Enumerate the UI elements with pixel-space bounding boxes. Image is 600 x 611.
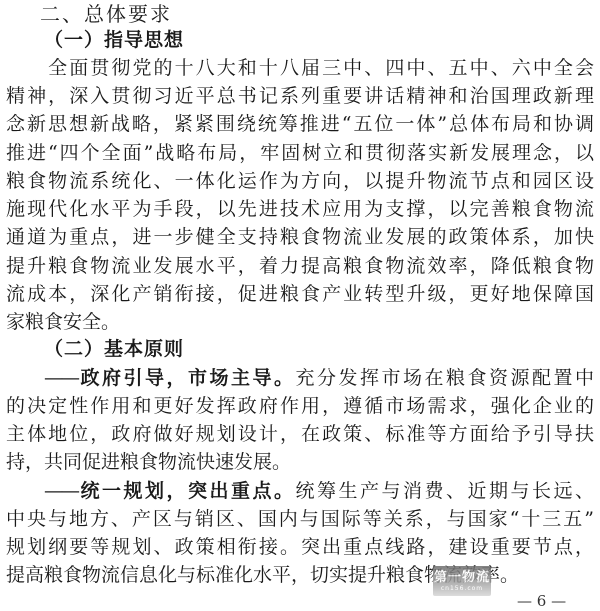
em-dash: ——	[44, 367, 78, 389]
subsection-heading-basic-principles: （二）基本原则	[44, 336, 184, 362]
paragraph-line: 提升粮食物流业发展水平，着力提高粮食物流效率，降低粮食物	[6, 254, 594, 278]
paragraph-line: 念新思想新战略，紧紧围绕统筹推进“五位一体”总体布局和协调	[6, 112, 594, 136]
watermark-subtitle: cn156.com	[441, 585, 483, 593]
document-page: 二、总体要求 （一）指导思想 全面贯彻党的十八大和十八届三中、四中、五中、六中全…	[0, 0, 600, 611]
paragraph-line: 推进“四个全面”战略布局，牢固树立和贯彻落实新发展理念，以	[6, 141, 594, 165]
principle-text: 统筹生产与消费、近期与长远、	[296, 480, 594, 502]
watermark-title: 第一物流	[434, 570, 490, 585]
section-title: 二、总体要求	[40, 1, 172, 27]
principle-first-line: ——统一规划，突出重点。统筹生产与消费、近期与长远、	[44, 479, 594, 503]
principle-title: 统一规划，突出重点。	[78, 480, 296, 502]
page-number: — 6 —	[517, 592, 566, 610]
paragraph-line: 主体地位，政府做好规划设计，在政策、标准等方面给予引导扶	[6, 422, 594, 446]
paragraph-line: 精神，深入贯彻习近平总书记系列重要讲话精神和治国理政新理	[6, 84, 594, 108]
subsection-heading-guiding-thought: （一）指导思想	[44, 27, 184, 53]
paragraph-line: 规划纲要等规划、政策相衔接。突出重点线路，建设重要节点，	[6, 535, 594, 559]
paragraph-line: 提高粮食物流信息化与标准化水平，切实提升粮食物流效率。	[6, 563, 594, 587]
paragraph-line: 通道为重点，进一步健全支持粮食物流业发展的政策体系，加快	[6, 225, 594, 249]
watermark-logo: 第一物流 cn156.com	[433, 566, 491, 596]
paragraph-line: 家粮食安全。	[6, 310, 594, 334]
principle-title: 政府引导，市场主导。	[78, 367, 296, 389]
principle-first-line: ——政府引导，市场主导。充分发挥市场在粮食资源配置中	[44, 366, 594, 390]
paragraph-line: 的决定性作用和更好发挥政府作用，遵循市场需求，强化企业的	[6, 394, 594, 418]
paragraph-line: 全面贯彻党的十八大和十八届三中、四中、五中、六中全会	[6, 56, 594, 80]
paragraph-line: 中央与地方、产区与销区、国内与国际等关系，与国家“十三五”	[6, 507, 594, 531]
principle-text: 充分发挥市场在粮食资源配置中	[296, 367, 594, 389]
paragraph-line: 施现代化水平为手段，以先进技术应用为支撑，以完善粮食物流	[6, 197, 594, 221]
paragraph-line: 流成本，深化产销衔接，促进粮食产业转型升级，更好地保障国	[6, 282, 594, 306]
em-dash: ——	[44, 480, 78, 502]
paragraph-line: 粮食物流系统化、一体化运作为方向，以提升物流节点和园区设	[6, 169, 594, 193]
paragraph-line: 持，共同促进粮食物流快速发展。	[6, 450, 594, 474]
